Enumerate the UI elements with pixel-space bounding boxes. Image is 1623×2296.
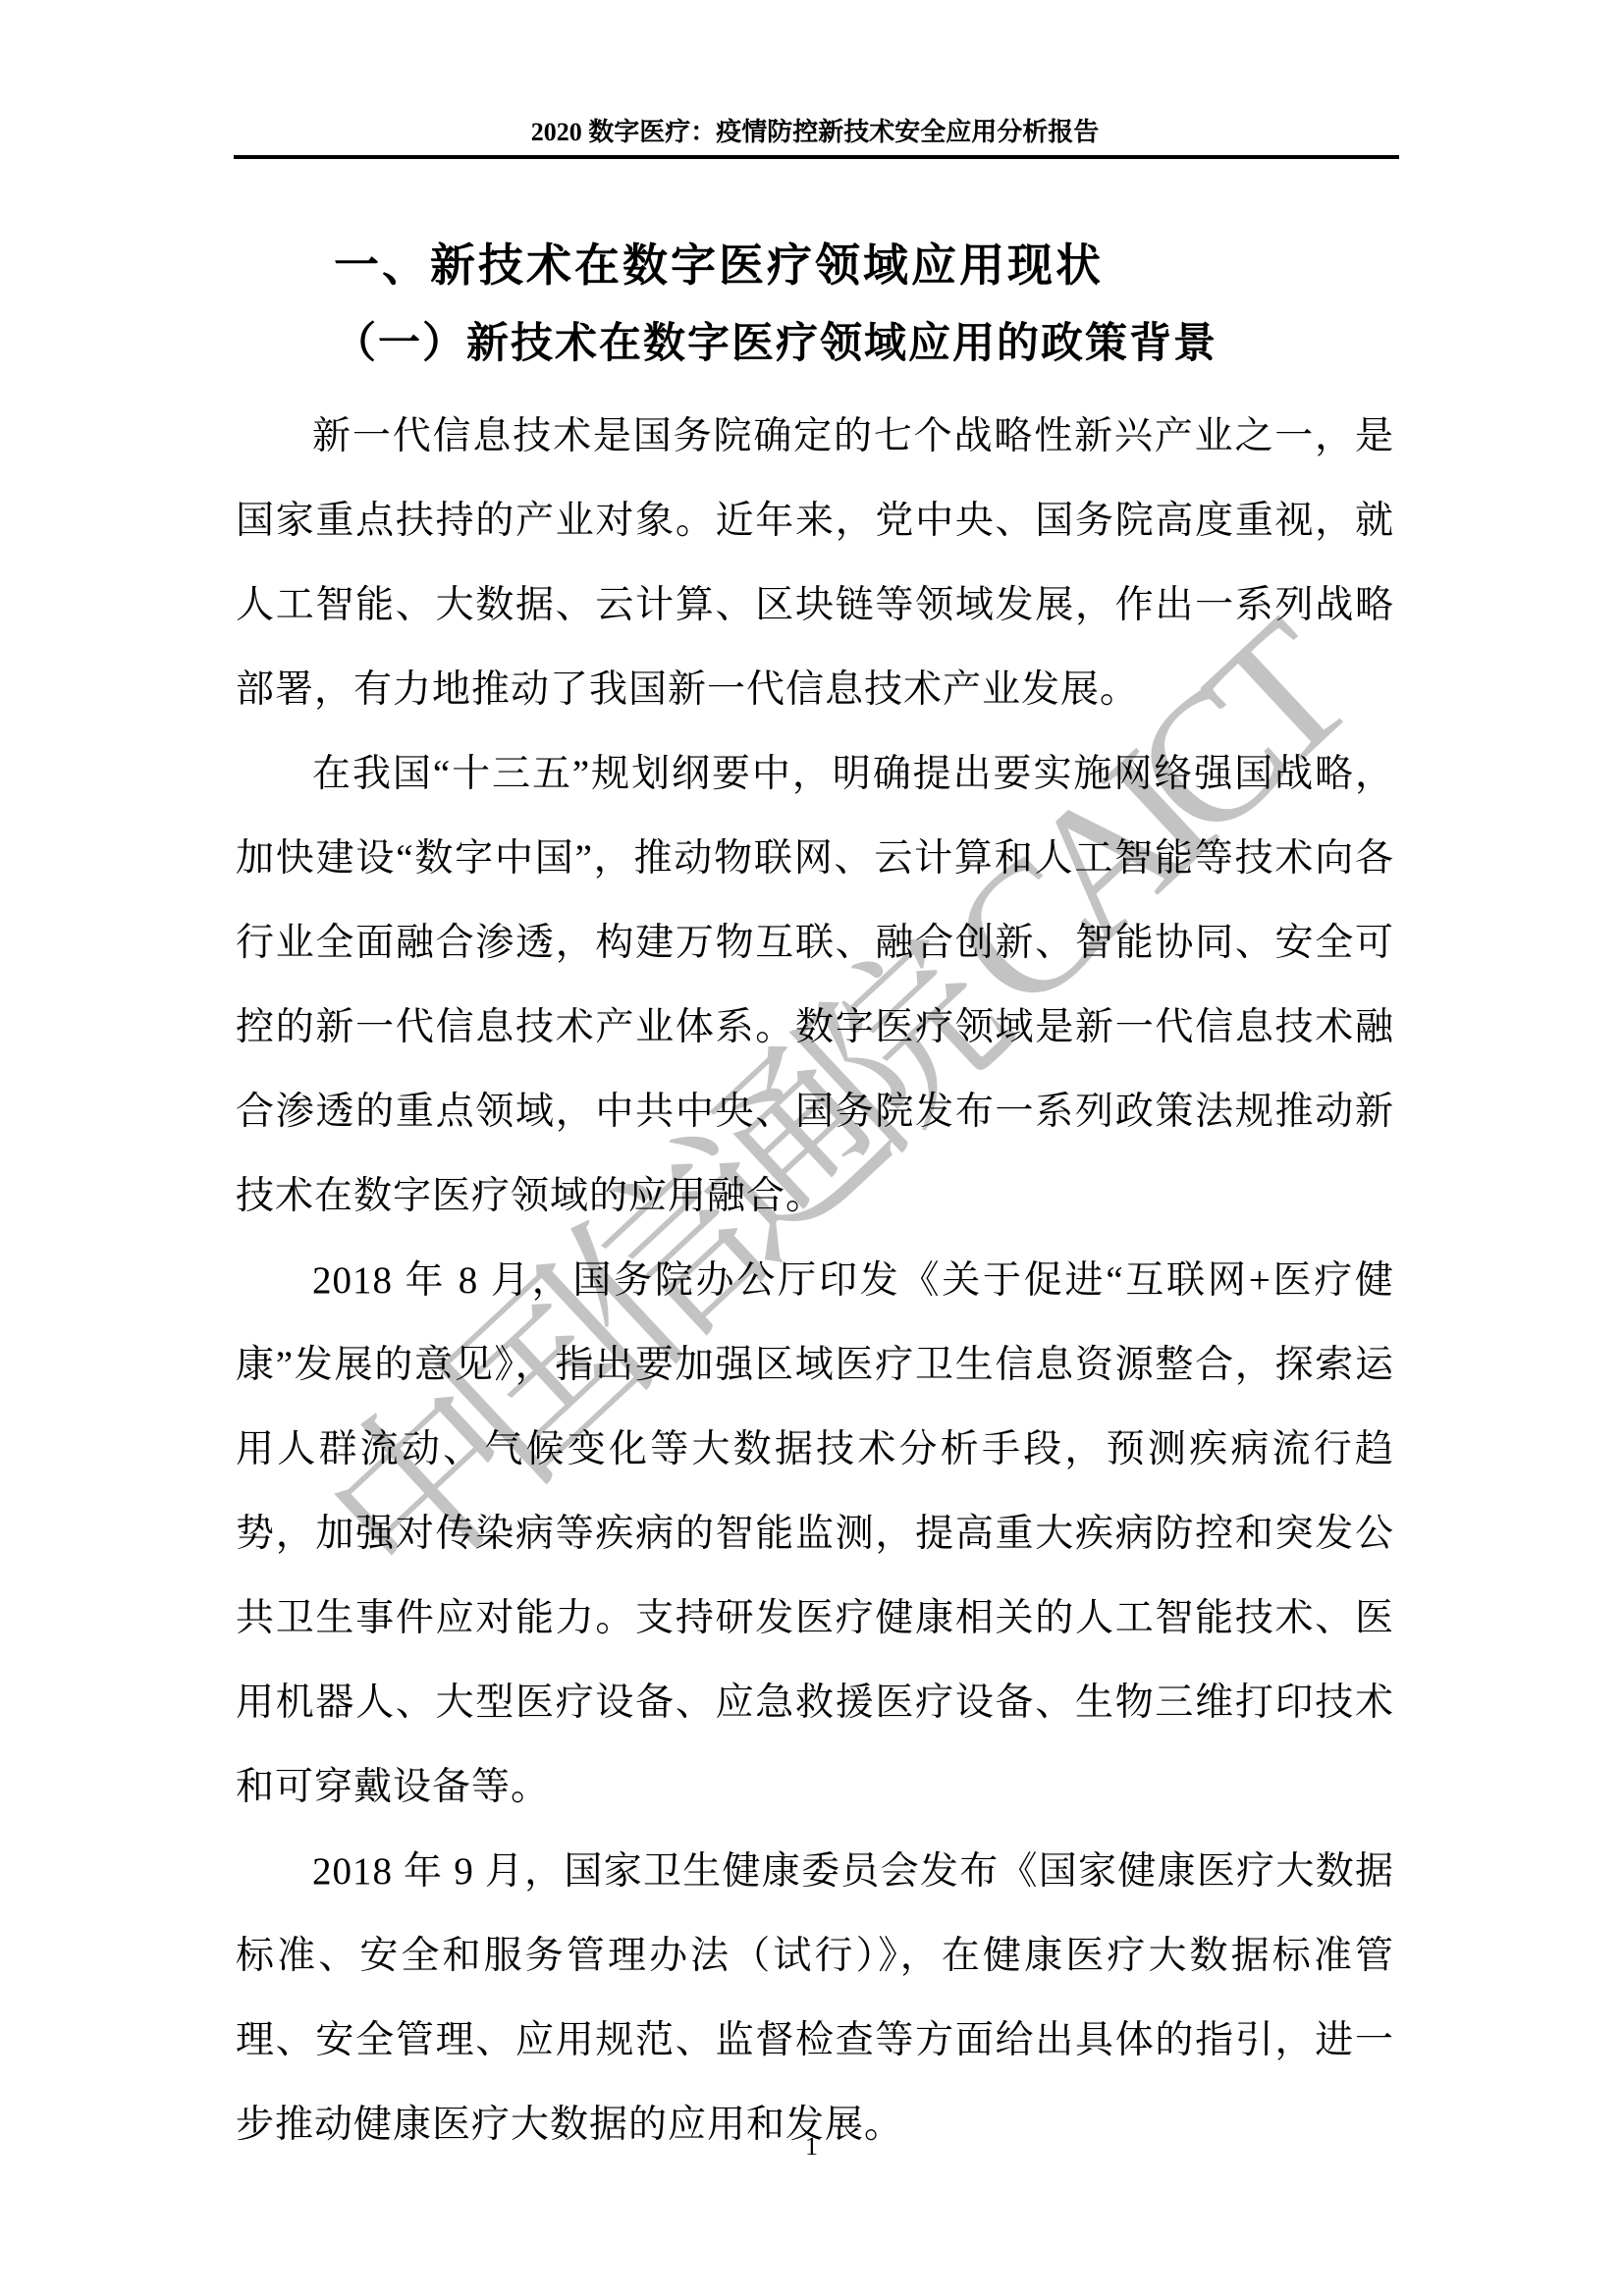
section-heading: 一、新技术在数字医疗领域应用现状 (236, 238, 1394, 293)
header-divider (234, 155, 1399, 159)
subsection-heading: （一）新技术在数字医疗领域应用的政策背景 (236, 318, 1394, 371)
body-paragraph-4: 2018 年 9 月，国家卫生健康委员会发布《国家健康医疗大数据标准、安全和服务… (236, 1830, 1394, 2167)
body-paragraph-2: 在我国“十三五”规划纲要中，明确提出要实施网络强国战略，加快建设“数字中国”，推… (236, 732, 1394, 1239)
page-content: 2020 数字医疗：疫情防控新技术安全应用分析报告 一、新技术在数字医疗领域应用… (0, 0, 1623, 2167)
page-header: 2020 数字医疗：疫情防控新技术安全应用分析报告 (236, 116, 1394, 159)
page-footer: 1 (0, 2132, 1623, 2162)
body-paragraph-3: 2018 年 8 月，国务院办公厅印发《关于促进“互联网+医疗健康”发展的意见》… (236, 1239, 1394, 1830)
page-number: 1 (805, 2132, 818, 2161)
body-text: 新一代信息技术是国务院确定的七个战略性新兴产业之一，是国家重点扶持的产业对象。近… (236, 395, 1394, 2167)
document-page: 中国信通院 CAICT 2020 数字医疗：疫情防控新技术安全应用分析报告 一、… (0, 0, 1623, 2296)
running-header-title: 2020 数字医疗：疫情防控新技术安全应用分析报告 (236, 116, 1394, 149)
body-paragraph-1: 新一代信息技术是国务院确定的七个战略性新兴产业之一，是国家重点扶持的产业对象。近… (236, 395, 1394, 732)
